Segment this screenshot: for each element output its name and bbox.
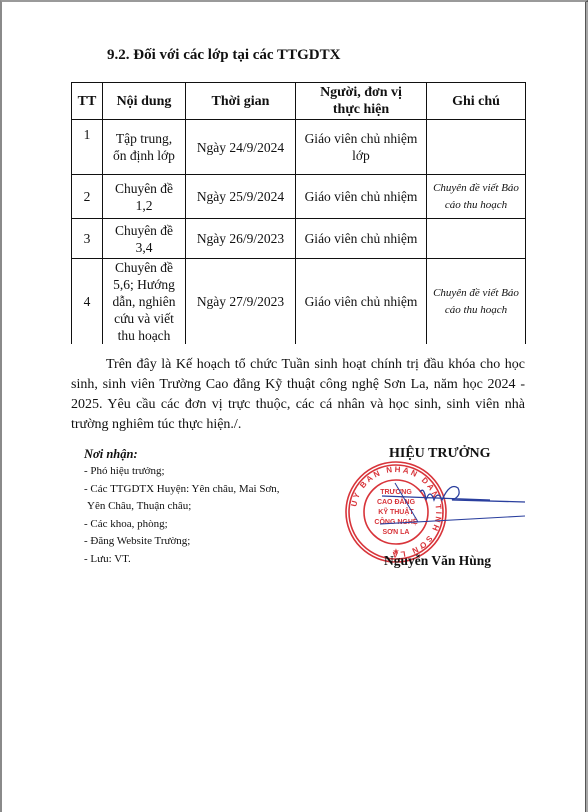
responsible-line: Giáo viên chủ nhiệm (299, 293, 423, 310)
cell-tt: 3 (72, 219, 103, 259)
recipients-list: - Phó hiệu trưởng;- Các TTGDTX Huyện: Yê… (84, 463, 334, 568)
responsible-line: lớp (299, 147, 423, 164)
recipient-item: - Lưu: VT. (84, 551, 334, 569)
section-title: 9.2. Đối với các lớp tại các TTGDTX (107, 47, 340, 64)
content-line: dẫn, nghiên (106, 293, 182, 310)
cell-note: Chuyên đề viết Báocáo thu hoạch (427, 175, 526, 219)
cell-time: Ngày 25/9/2024 (186, 175, 296, 219)
recipient-item: - Phó hiệu trưởng; (84, 463, 334, 481)
header-note: Ghi chú (427, 83, 526, 120)
cell-note (427, 120, 526, 175)
recipients-title: Nơi nhận: (84, 445, 334, 463)
responsible-line: Giáo viên chủ nhiệm (299, 230, 423, 247)
header-responsible: Người, đơn vị thực hiện (296, 83, 427, 120)
content-line: 3,4 (106, 239, 182, 256)
cell-note (427, 219, 526, 259)
table-row: 1Tập trung,ổn định lớpNgày 24/9/2024Giáo… (72, 120, 526, 175)
content-line: thu hoạch (106, 327, 182, 344)
signature-icon (380, 478, 525, 528)
cell-content: Chuyên đề5,6; Hướngdẫn, nghiêncứu và viế… (103, 259, 186, 345)
content-line: 1,2 (106, 197, 182, 214)
content-line: Tập trung, (106, 130, 182, 147)
cell-tt: 2 (72, 175, 103, 219)
header-time: Thời gian (186, 83, 296, 120)
cell-content: Chuyên đề3,4 (103, 219, 186, 259)
cell-content: Chuyên đề1,2 (103, 175, 186, 219)
content-line: 5,6; Hướng (106, 276, 182, 293)
recipient-item: Yên Châu, Thuận châu; (84, 498, 334, 516)
signer-name: Nguyễn Văn Hùng (384, 553, 491, 569)
content-line: cứu và viết (106, 310, 182, 327)
cell-tt: 4 (72, 259, 103, 345)
recipient-item: - Đăng Website Trường; (84, 533, 334, 551)
table-row: 3Chuyên đề3,4Ngày 26/9/2023Giáo viên chủ… (72, 219, 526, 259)
content-line: Chuyên đề (106, 222, 182, 239)
cell-content: Tập trung,ổn định lớp (103, 120, 186, 175)
cell-responsible: Giáo viên chủ nhiệm (296, 219, 427, 259)
table-row: 4Chuyên đề5,6; Hướngdẫn, nghiêncứu và vi… (72, 259, 526, 345)
recipient-item: - Các TTGDTX Huyện: Yên châu, Mai Sơn, (84, 481, 334, 499)
note-line: Chuyên đề viết Báo (430, 285, 522, 302)
cell-note: Chuyên đề viết Báocáo thu hoạch (427, 259, 526, 345)
cell-tt: 1 (72, 120, 103, 175)
header-responsible-line2: thực hiện (299, 101, 423, 118)
table-row: 2Chuyên đề1,2Ngày 25/9/2024Giáo viên chủ… (72, 175, 526, 219)
table-header-row: TT Nội dung Thời gian Người, đơn vị thực… (72, 83, 526, 120)
responsible-line: Giáo viên chủ nhiệm (299, 130, 423, 147)
cell-responsible: Giáo viên chủ nhiệmlớp (296, 120, 427, 175)
note-line: Chuyên đề viết Báo (430, 180, 522, 197)
closing-paragraph-text: Trên đây là Kế hoạch tổ chức Tuần sinh h… (71, 357, 525, 432)
content-line: Chuyên đề (106, 180, 182, 197)
cell-time: Ngày 24/9/2024 (186, 120, 296, 175)
svg-text:SƠN LA: SƠN LA (383, 529, 410, 536)
recipients-block: Nơi nhận: - Phó hiệu trưởng;- Các TTGDTX… (84, 445, 334, 568)
cell-time: Ngày 26/9/2023 (186, 219, 296, 259)
cell-responsible: Giáo viên chủ nhiệm (296, 175, 427, 219)
cell-responsible: Giáo viên chủ nhiệm (296, 259, 427, 345)
note-line: cáo thu hoạch (430, 302, 522, 319)
header-content: Nội dung (103, 83, 186, 120)
content-line: Chuyên đề (106, 259, 182, 276)
responsible-line: Giáo viên chủ nhiệm (299, 188, 423, 205)
header-responsible-line1: Người, đơn vị (299, 84, 423, 101)
header-tt: TT (72, 83, 103, 120)
cell-time: Ngày 27/9/2023 (186, 259, 296, 345)
content-line: ổn định lớp (106, 147, 182, 164)
plan-table: TT Nội dung Thời gian Người, đơn vị thực… (71, 82, 526, 344)
recipient-item: - Các khoa, phòng; (84, 516, 334, 534)
closing-paragraph: Trên đây là Kế hoạch tổ chức Tuần sinh h… (71, 355, 525, 435)
note-line: cáo thu hoạch (430, 197, 522, 214)
